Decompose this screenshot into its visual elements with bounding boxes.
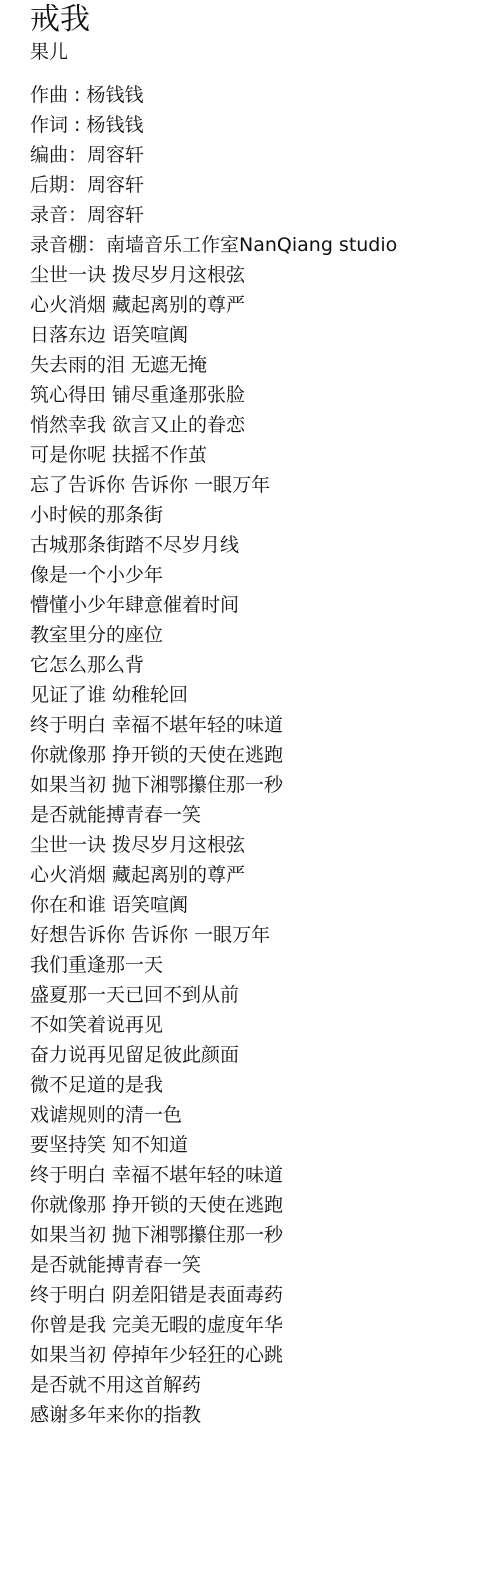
lyric-line: 你在和谁 语笑喧阗 xyxy=(30,890,397,920)
lyric-line: 你就像那 挣开锁的天使在逃跑 xyxy=(30,1190,397,1220)
lyric-line: 如果当初 抛下湘鄂攥住那一秒 xyxy=(30,770,397,800)
lyric-line: 尘世一诀 拨尽岁月这根弦 xyxy=(30,830,397,860)
lyric-line: 它怎么那么背 xyxy=(30,650,397,680)
lyrics-list: 作曲 : 杨钱钱 作词 : 杨钱钱编曲：周容轩后期：周容轩录音：周容轩录音棚：南… xyxy=(30,80,397,1430)
lyric-line: 盛夏那一天已回不到从前 xyxy=(30,980,397,1010)
lyric-line: 终于明白 幸福不堪年轻的味道 xyxy=(30,1160,397,1190)
lyric-line: 是否就不用这首解药 xyxy=(30,1370,397,1400)
lyric-line: 感谢多年来你的指教 xyxy=(30,1400,397,1430)
lyric-line: 像是一个小少年 xyxy=(30,560,397,590)
lyric-line: 微不足道的是我 xyxy=(30,1070,397,1100)
lyric-line: 可是你呢 扶摇不作茧 xyxy=(30,440,397,470)
lyric-line: 懵懂小少年肆意催着时间 xyxy=(30,590,397,620)
lyric-line: 你就像那 挣开锁的天使在逃跑 xyxy=(30,740,397,770)
lyric-line: 是否就能搏青春一笑 xyxy=(30,1250,397,1280)
lyric-line: 见证了谁 幼稚轮回 xyxy=(30,680,397,710)
song-title: 戒我 xyxy=(30,2,90,38)
lyric-line: 要坚持笑 知不知道 xyxy=(30,1130,397,1160)
lyric-line: 作曲 : 杨钱钱 xyxy=(30,80,397,110)
lyric-line: 录音棚：南墙音乐工作室NanQiang studio xyxy=(30,230,397,260)
lyric-line: 录音：周容轩 xyxy=(30,200,397,230)
lyric-line: 好想告诉你 告诉你 一眼万年 xyxy=(30,920,397,950)
lyric-line: 古城那条街踏不尽岁月线 xyxy=(30,530,397,560)
lyric-line: 后期：周容轩 xyxy=(30,170,397,200)
lyric-line: 如果当初 抛下湘鄂攥住那一秒 xyxy=(30,1220,397,1250)
lyric-line: 不如笑着说再见 xyxy=(30,1010,397,1040)
lyric-line: 戏谑规则的清一色 xyxy=(30,1100,397,1130)
lyric-line: 你曾是我 完美无暇的虚度年华 xyxy=(30,1310,397,1340)
lyric-line: 尘世一诀 拨尽岁月这根弦 xyxy=(30,260,397,290)
artist-name: 果儿 xyxy=(30,40,68,64)
lyric-line: 如果当初 停掉年少轻狂的心跳 xyxy=(30,1340,397,1370)
lyric-line: 作词 : 杨钱钱 xyxy=(30,110,397,140)
lyric-line: 我们重逢那一天 xyxy=(30,950,397,980)
lyric-line: 日落东边 语笑喧阗 xyxy=(30,320,397,350)
lyric-line: 筑心得田 铺尽重逢那张脸 xyxy=(30,380,397,410)
lyric-line: 终于明白 阴差阳错是表面毒药 xyxy=(30,1280,397,1310)
lyric-line: 失去雨的泪 无遮无掩 xyxy=(30,350,397,380)
lyric-line: 编曲：周容轩 xyxy=(30,140,397,170)
lyric-line: 终于明白 幸福不堪年轻的味道 xyxy=(30,710,397,740)
lyric-line: 教室里分的座位 xyxy=(30,620,397,650)
lyric-line: 奋力说再见留足彼此颜面 xyxy=(30,1040,397,1070)
lyric-line: 小时候的那条街 xyxy=(30,500,397,530)
lyric-line: 心火消烟 藏起离别的尊严 xyxy=(30,290,397,320)
lyric-line: 忘了告诉你 告诉你 一眼万年 xyxy=(30,470,397,500)
lyric-line: 心火消烟 藏起离别的尊严 xyxy=(30,860,397,890)
lyric-line: 是否就能搏青春一笑 xyxy=(30,800,397,830)
lyric-line: 悄然幸我 欲言又止的眷恋 xyxy=(30,410,397,440)
